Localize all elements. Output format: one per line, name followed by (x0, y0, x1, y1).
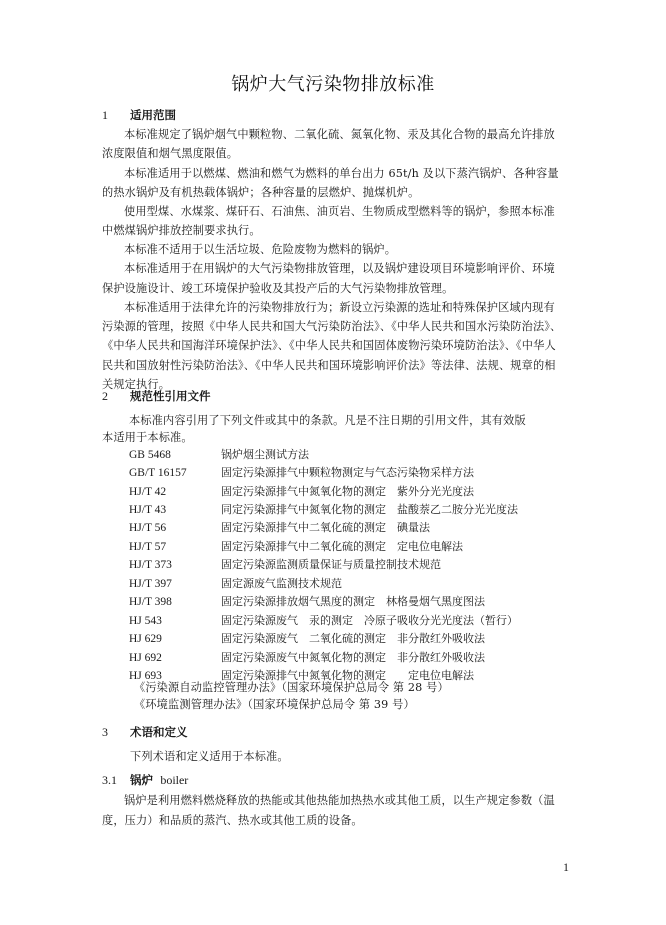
reference-code: HJ 543 (129, 613, 221, 629)
reference-row: HJ 692固定污染源废气中氮氧化物的测定 非分散红外吸收法 (129, 650, 485, 666)
paragraph-line: 《中华人民共和国海洋环境保护法》、《中华人民共和国固体废物污染环境防治法》、《中… (102, 338, 572, 354)
reference-title: 同定污染源排气中氮氧化物的测定 盐酸萘乙二胺分光光度法 (221, 503, 518, 516)
reference-row: HJ/T 57固定污染源排气中二氧化硫的测定 定电位电解法 (129, 539, 463, 555)
subsection-number: 3.1 (102, 773, 130, 788)
paragraph-line: 使用型煤、水煤浆、煤矸石、石油焦、油页岩、生物质成型燃料等的锅炉，参照本标准 (124, 204, 594, 220)
paragraph-line: 保护设施设计、竣工环境保护验收及其投产后的大气污染物排放管理。 (102, 281, 572, 297)
term-english: boiler (160, 773, 188, 787)
paragraph-line: 浓度限值和烟气黑度限值。 (102, 146, 572, 162)
paragraph-line: 本标准适用于以燃煤、燃油和燃气为燃料的单台出力 65t/h 及以下蒸汽锅炉、各种… (124, 166, 594, 182)
reference-row: HJ/T 398固定污染源排放烟气黑度的测定 林格曼烟气黑度图法 (129, 594, 485, 610)
reference-title: 固定污染源废气中氮氧化物的测定 非分散红外吸收法 (221, 651, 485, 664)
section-3-heading: 3术语和定义 (102, 724, 188, 740)
reference-row: GB 5468锅炉烟尘测试方法 (129, 447, 309, 463)
reference-code: HJ/T 42 (129, 484, 221, 500)
reference-row: HJ/T 373固定污染源监测质量保证与质量控制技术规范 (129, 557, 441, 573)
paragraph-line: 本标准适用于法律允许的污染物排放行为；新设立污染源的选址和特殊保护区域内现有 (124, 300, 594, 316)
section-2-heading: 2规范性引用文件 (102, 388, 211, 404)
paragraph-line: 度，压力）和品质的蒸汽、热水或其他工质的设备。 (102, 813, 572, 829)
document-page: 锅炉大气污染物排放标准 1适用范围 本标准规定了锅炉烟气中颗粒物、二氧化硫、氮氧… (0, 0, 666, 925)
section-1-heading: 1适用范围 (102, 107, 176, 123)
reference-row: HJ 543固定污染源废气 汞的测定 冷原子吸收分光光度法（暂行） (129, 613, 518, 629)
reference-title: 固定污染源排气中二氧化硫的测定 碘量法 (221, 521, 430, 534)
reference-title: 固定污染源排气中二氧化硫的测定 定电位电解法 (221, 540, 463, 553)
reference-code: HJ/T 57 (129, 539, 221, 555)
section-number: 1 (102, 108, 130, 123)
page-number: 1 (563, 860, 569, 875)
reference-code: GB/T 16157 (129, 465, 221, 481)
reference-title: 固定污染源废气 二氧化硫的测定 非分散红外吸收法 (221, 632, 485, 645)
paragraph-line: 民共和国放射性污染防治法》、《中华人民共和国环境影响评价法》等法律、法规、规章的… (102, 358, 572, 374)
paragraph-line: 本标准适用于在用锅炉的大气污染物排放管理，以及锅炉建设项目环境影响评价、环境 (124, 261, 594, 277)
reference-code: HJ 692 (129, 650, 221, 666)
reference-code: HJ/T 373 (129, 557, 221, 573)
section-title: 术语和定义 (130, 725, 188, 739)
reference-title: 固定污染源排气中氮氧化物的测定 紫外分光光度法 (221, 485, 474, 498)
reference-code: HJ/T 397 (129, 576, 221, 592)
reference-title: 固定源废气监测技术规范 (221, 577, 342, 590)
reference-title: 固定污染源排气中颗粒物测定与气态污染物采样方法 (221, 466, 474, 479)
paragraph-line: 本标准不适用于以生活垃圾、危险废物为燃料的锅炉。 (124, 242, 594, 258)
section-number: 3 (102, 725, 130, 740)
section-number: 2 (102, 389, 130, 404)
subsection-3-1-heading: 3.1锅炉 boiler (102, 772, 188, 788)
reference-code: HJ/T 398 (129, 594, 221, 610)
paragraph-line: 的热水锅炉及有机热载体锅炉；各种容量的层燃炉、抛煤机炉。 (102, 185, 572, 201)
reference-row: HJ/T 56固定污染源排气中二氧化硫的测定 碘量法 (129, 520, 430, 536)
reference-title: 固定污染源监测质量保证与质量控制技术规范 (221, 558, 441, 571)
paragraph-line: 本标准规定了锅炉烟气中颗粒物、二氧化硫、氮氧化物、汞及其化合物的最高允许排放 (124, 127, 594, 143)
reference-row: HJ/T 42固定污染源排气中氮氧化物的测定 紫外分光光度法 (129, 484, 474, 500)
term: 锅炉 (130, 773, 153, 787)
section-title: 适用范围 (130, 108, 176, 122)
paragraph-line: 污染源的管理，按照《中华人民共和国大气污染防治法》、《中华人民共和国水污染防治法… (102, 319, 572, 335)
document-title: 锅炉大气污染物排放标准 (0, 70, 666, 96)
reference-code: HJ/T 56 (129, 520, 221, 536)
reference-row: HJ/T 43同定污染源排气中氮氧化物的测定 盐酸萘乙二胺分光光度法 (129, 502, 518, 518)
reference-row: HJ 629固定污染源废气 二氧化硫的测定 非分散红外吸收法 (129, 631, 485, 647)
paragraph-line: 本标准内容引用了下列文件或其中的条款。凡是不注日期的引用文件，其有效版 (129, 413, 599, 429)
paragraph-line: 锅炉是利用燃料燃烧释放的热能或其他热能加热热水或其他工质，以生产规定参数（温 (124, 793, 594, 809)
paragraph-line: 中燃煤锅炉排放控制要求执行。 (102, 223, 572, 239)
section-title: 规范性引用文件 (130, 389, 211, 403)
regulation-reference: 《污染源自动监控管理办法》（国家环境保护总局令 第 28 号） (134, 680, 604, 696)
paragraph-line: 下列术语和定义适用于本标准。 (130, 749, 600, 765)
reference-row: HJ/T 397固定源废气监测技术规范 (129, 576, 342, 592)
reference-row: GB/T 16157固定污染源排气中颗粒物测定与气态污染物采样方法 (129, 465, 474, 481)
reference-code: HJ 629 (129, 631, 221, 647)
regulation-reference: 《环境监测管理办法》（国家环境保护总局令 第 39 号） (134, 697, 604, 713)
reference-title: 固定污染源排放烟气黑度的测定 林格曼烟气黑度图法 (221, 595, 485, 608)
reference-code: GB 5468 (129, 447, 221, 463)
reference-code: HJ/T 43 (129, 502, 221, 518)
reference-title: 固定污染源废气 汞的测定 冷原子吸收分光光度法（暂行） (221, 614, 518, 627)
paragraph-line: 本适用于本标准。 (102, 430, 572, 446)
reference-title: 锅炉烟尘测试方法 (221, 448, 309, 461)
